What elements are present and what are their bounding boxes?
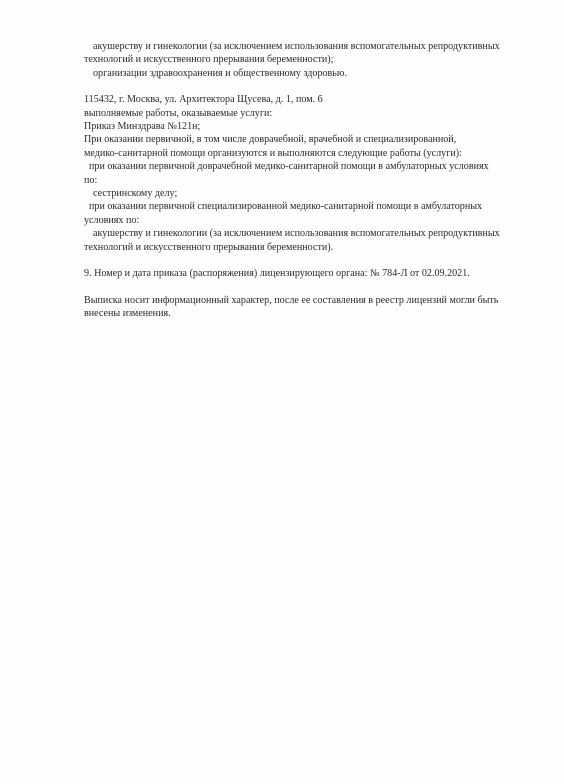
text-line: при оказании первичной специализированно… — [84, 200, 554, 213]
text-line: акушерству и гинекологии (за исключением… — [84, 40, 554, 53]
text-line: при оказании первичной доврачебной медик… — [84, 160, 554, 173]
text-line: организации здравоохранения и общественн… — [84, 67, 554, 80]
text-line: условиях по: — [84, 214, 554, 227]
text-line: технологий и искусственного прерывания б… — [84, 241, 554, 254]
document-page: акушерству и гинекологии (за исключением… — [0, 0, 564, 784]
text-line: технологий и искусственного прерывания б… — [84, 53, 554, 66]
spacer — [84, 281, 554, 294]
order-reference: Приказ Минздрава №121н; — [84, 120, 554, 133]
address-block: 115432, г. Москва, ул. Архитектора Щусев… — [84, 93, 554, 254]
works-label: выполняемые работы, оказываемые услуги: — [84, 107, 554, 120]
text-line: по: — [84, 174, 554, 187]
disclaimer: Выписка носит информационный характер, п… — [84, 294, 554, 321]
activity-list-continued: акушерству и гинекологии (за исключением… — [84, 40, 554, 80]
text-line: Выписка носит информационный характер, п… — [84, 294, 554, 307]
section-9-order-number: 9. Номер и дата приказа (распоряжения) л… — [84, 267, 554, 280]
text-line: При оказании первичной, в том числе довр… — [84, 133, 554, 146]
spacer — [84, 254, 554, 267]
spacer — [84, 80, 554, 93]
text-line: медико-санитарной помощи организуются и … — [84, 147, 554, 160]
text-line: акушерству и гинекологии (за исключением… — [84, 227, 554, 240]
text-line: сестринскому делу; — [84, 187, 554, 200]
text-line: внесены изменения. — [84, 307, 554, 320]
address: 115432, г. Москва, ул. Архитектора Щусев… — [84, 93, 554, 106]
document-content: акушерству и гинекологии (за исключением… — [84, 40, 554, 320]
